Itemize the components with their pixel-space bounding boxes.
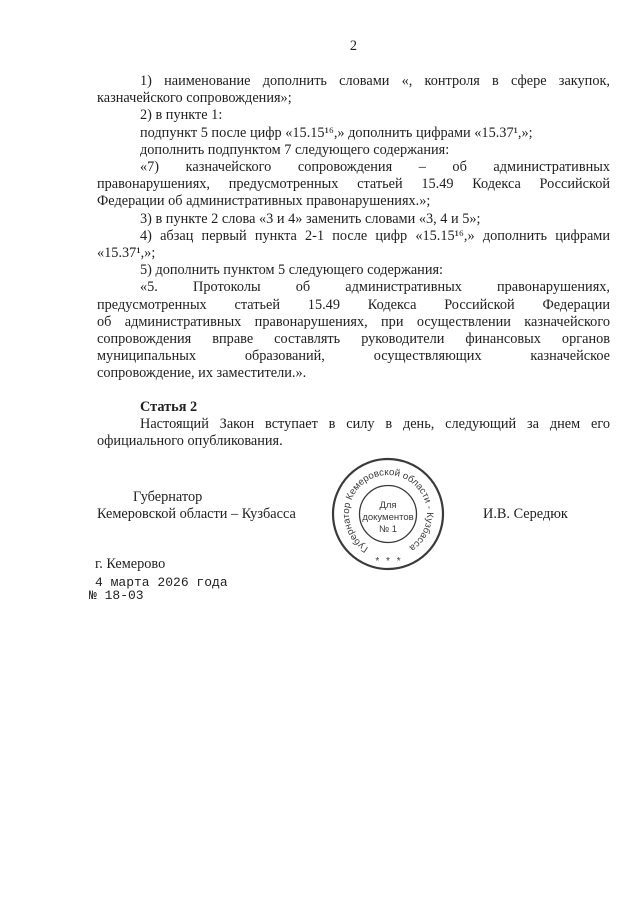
footer-city: г. Кемерово [95,556,165,573]
body-line: подпункт 5 после цифр «15.15¹⁶,» дополни… [97,125,610,142]
body-text: 1) наименование дополнить словами «, кон… [97,73,610,450]
stamp-seal-icon: Губернатор Кемеровской области - Кузбасс… [328,454,448,574]
body-line: 5) дополнить пунктом 5 следующего содерж… [97,262,610,279]
body-line: «15.37¹,»; [97,245,610,262]
body-line: официального опубликования. [97,433,610,450]
body-line: 2) в пункте 1: [97,107,610,124]
body-line: предусмотренных статьей 15.49 Кодекса Ро… [97,297,610,314]
page-number: 2 [97,38,610,55]
stamp-stars: * * * [375,556,402,567]
body-line: «5. Протоколы об административных правон… [97,279,610,296]
body-line: сопровождение, их заместители.». [97,365,610,382]
signature-title-line2: Кемеровской области – Кузбасса [97,506,337,523]
body-line: 1) наименование дополнить словами «, кон… [97,73,610,90]
body-line: дополнить подпунктом 7 следующего содерж… [97,142,610,159]
signature-title-line1: Губернатор [97,489,337,506]
body-line: «7) казначейского сопровождения – об адм… [97,159,610,176]
body-line: правонарушениях, предусмотренных статьей… [97,176,610,193]
body-line: муниципальных образований, осуществляющи… [97,348,610,365]
stamp-center-line2: документов [362,512,413,523]
document-page: 2 1) наименование дополнить словами «, к… [0,0,640,905]
body-line: казначейского сопровождения»; [97,90,610,107]
body-line: об административных правонарушениях, при… [97,314,610,331]
body-line: Федерации об административных правонаруш… [97,193,610,210]
signature-title: Губернатор Кемеровской области – Кузбасс… [97,489,337,523]
footer-number: № 18-03 [89,589,144,603]
body-line: сопровождения вправе составлять руководи… [97,331,610,348]
official-stamp: Губернатор Кемеровской области - Кузбасс… [328,454,448,574]
stamp-center-line3: № 1 [379,524,397,535]
body-line: Статья 2 [97,399,610,416]
stamp-center-line1: Для [379,500,396,511]
signature-name: И.В. Середюк [483,506,568,523]
body-line: 4) абзац первый пункта 2-1 после цифр «1… [97,228,610,245]
body-line: Настоящий Закон вступает в силу в день, … [97,416,610,433]
body-line: 3) в пункте 2 слова «3 и 4» заменить сло… [97,211,610,228]
